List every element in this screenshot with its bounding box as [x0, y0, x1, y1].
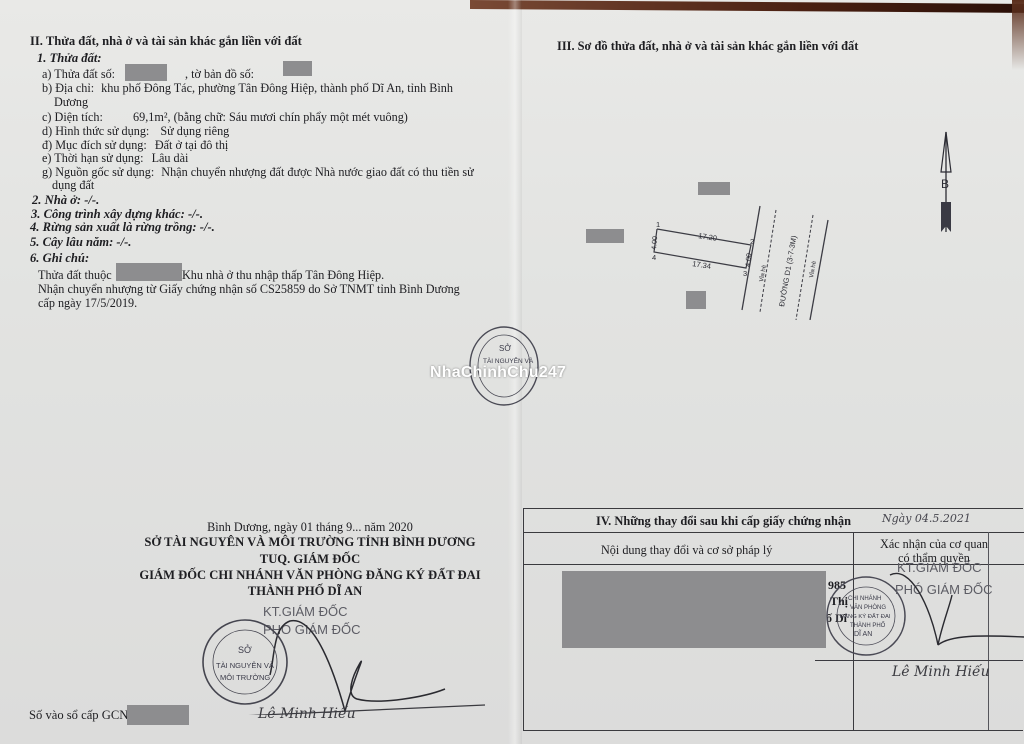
perennial-trees-item: 5. Cây lâu năm: -/-.	[30, 235, 131, 250]
area-label: c) Diện tích:	[42, 110, 122, 124]
address-row: b) Địa chỉ: khu phố Đông Tác, phường Tân…	[42, 81, 453, 95]
section-ii-title: II. Thửa đất, nhà ở và tài sản khác gắn …	[30, 34, 302, 49]
address-value: khu phố Đông Tác, phường Tân Đông Hiệp, …	[101, 81, 453, 95]
point-1: 1	[656, 220, 660, 229]
road-label: ĐƯỜNG D1 (3-7-3M)	[777, 234, 798, 307]
branch-line1: GIÁM ĐỐC CHI NHÁNH VĂN PHÒNG ĐĂNG KÝ ĐẤT…	[130, 568, 490, 583]
parcel-diagram: 1 2 3 4 17.20 17.34 4.00 4.00 Vỉa hè ĐƯỜ…	[580, 170, 840, 320]
origin-value: Nhận chuyển nhượng đất được Nhà nước gia…	[161, 165, 473, 179]
svg-text:SỞ: SỞ	[238, 644, 252, 655]
point-3: 3	[743, 269, 747, 278]
svg-text:DĨ AN: DĨ AN	[854, 629, 872, 638]
watermark: NhaChinhChu247	[430, 364, 566, 382]
svg-text:TÀI NGUYÊN VÀ: TÀI NGUYÊN VÀ	[216, 661, 274, 670]
usage-form-label: d) Hình thức sử dụng:	[42, 124, 149, 138]
edge-right-length: 4.00	[745, 253, 753, 267]
signature-line-right	[815, 660, 1023, 661]
signature-right	[880, 565, 1024, 665]
agency-name: SỞ TÀI NGUYÊN VÀ MÔI TRƯỜNG TỈNH BÌNH DƯ…	[130, 535, 490, 550]
section-iv-title: IV. Những thay đổi sau khi cấp giấy chứn…	[596, 514, 851, 529]
notes-line3: cấp ngày 17/5/2019.	[38, 296, 137, 310]
area-value: 69,1m², (bằng chữ: Sáu mươi chín phẩy mộ…	[133, 110, 408, 124]
origin-row: g) Nguồn gốc sử dụng: Nhận chuyển nhượng…	[42, 165, 474, 179]
signer-name-right: Lê Minh Hiếu	[892, 664, 990, 680]
notes-line1-suffix: Khu nhà ở thu nhập thấp Tân Đông Hiệp.	[182, 268, 384, 282]
notes-redacted	[116, 263, 182, 281]
term-row: e) Thời hạn sử dụng: Lâu dài	[42, 151, 188, 165]
edge-top-length: 17.20	[698, 231, 718, 243]
usage-form-value: Sử dụng riêng	[160, 124, 229, 138]
usage-form-row: d) Hình thức sử dụng: Sử dụng riêng	[42, 124, 229, 138]
point-4: 4	[652, 253, 656, 262]
purpose-value: Đất ở tại đô thị	[155, 138, 228, 152]
edge-bottom-length: 17.34	[692, 259, 712, 271]
point-2: 2	[750, 237, 754, 246]
on-behalf: TUQ. GIÁM ĐỐC	[130, 552, 490, 567]
col-content-header: Nội dung thay đổi và cơ sở pháp lý	[601, 543, 772, 558]
north-arrow-icon: B	[934, 128, 958, 236]
map-sheet-redacted	[283, 61, 312, 76]
north-arrow-label: B	[941, 177, 949, 191]
svg-text:SỞ: SỞ	[499, 344, 511, 353]
sidewalk-label-right: Vỉa hè	[808, 260, 818, 279]
svg-text:MÔI TRƯỜNG: MÔI TRƯỜNG	[220, 673, 270, 682]
registry-redacted	[127, 705, 189, 725]
planted-forest-item: 4. Rừng sản xuất là rừng trồng: -/-.	[30, 220, 215, 235]
branch-line2: THÀNH PHỐ DĨ AN	[125, 584, 485, 599]
origin-value-line2: dụng đất	[52, 178, 94, 192]
map-sheet-label: , tờ bản đồ số:	[185, 67, 254, 82]
sidewalk-label-left: Vỉa hè	[758, 264, 768, 283]
notes-line1-prefix: Thửa đất thuộc	[38, 268, 112, 282]
parcel-number-row: a) Thửa đất số:	[42, 67, 115, 81]
parcel-number-redacted	[125, 64, 167, 81]
handwritten-date: Ngày 04.5.2021	[882, 512, 971, 525]
notes-heading: 6. Ghi chú:	[30, 251, 89, 266]
purpose-row: đ) Mục đích sử dụng: Đất ở tại đô thị	[42, 138, 228, 152]
house-item: 2. Nhà ở: -/-.	[32, 193, 99, 208]
change-content-redacted	[562, 571, 826, 648]
term-value: Lâu dài	[152, 151, 189, 165]
origin-label: g) Nguồn gốc sử dụng:	[42, 165, 154, 179]
term-label: e) Thời hạn sử dụng:	[42, 151, 144, 165]
edge-left-length: 4.00	[651, 236, 659, 250]
notes-line2: Nhận chuyển nhượng từ Giấy chứng nhận số…	[38, 282, 460, 296]
address-value-line2: Dương	[54, 95, 88, 109]
signer-name-left: Lê Minh Hiếu	[258, 706, 356, 722]
table-edge-right	[1012, 0, 1024, 70]
svg-text:CHI NHÁNH: CHI NHÁNH	[848, 595, 881, 602]
purpose-label: đ) Mục đích sử dụng:	[42, 138, 147, 152]
registry-label: Số vào sổ cấp GCN:	[29, 708, 132, 723]
date-line: Bình Dương, ngày 01 tháng 9... năm 2020	[130, 520, 490, 535]
area-row: c) Diện tích: 69,1m², (bằng chữ: Sáu mươ…	[42, 110, 408, 124]
address-label: b) Địa chỉ:	[42, 81, 94, 95]
parcel-number-label: a) Thửa đất số:	[42, 67, 115, 81]
section-iii-title: III. Sơ đồ thửa đất, nhà ở và tài sản kh…	[557, 39, 858, 54]
stamp-left: SỞ TÀI NGUYÊN VÀ MÔI TRƯỜNG	[200, 617, 290, 707]
land-parcel-heading: 1. Thửa đất:	[37, 51, 102, 66]
